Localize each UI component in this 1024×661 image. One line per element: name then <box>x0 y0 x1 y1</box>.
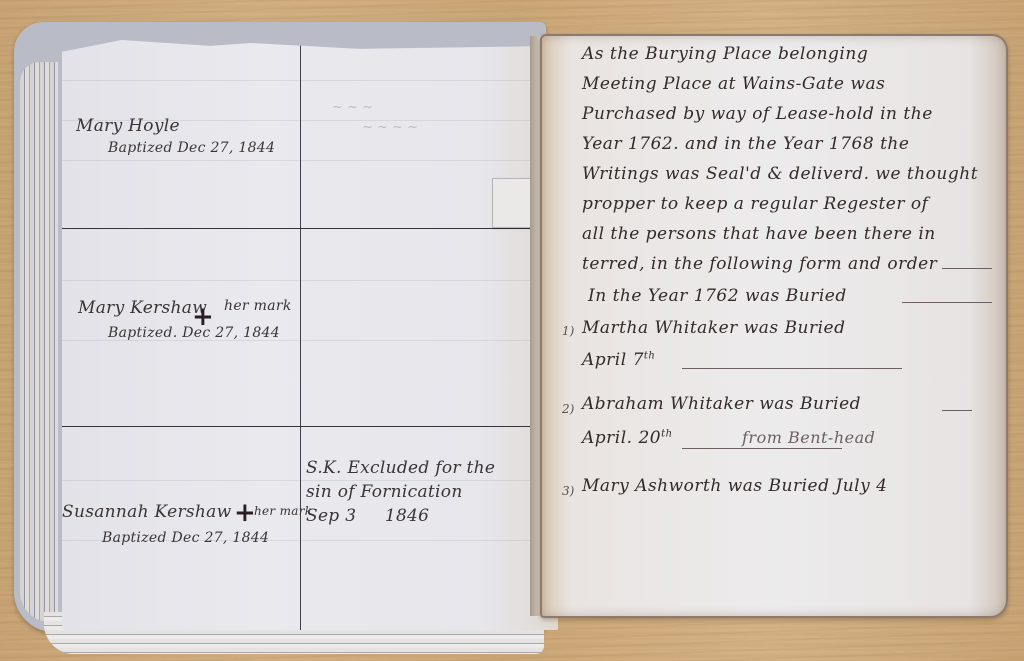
cross-mark-icon: + <box>234 498 256 528</box>
entry-mark-label: her mark <box>224 298 292 314</box>
burial-date: April. 20th <box>582 428 673 448</box>
preamble-line: As the Burying Place belonging <box>582 44 868 64</box>
exclusion-note-line: S.K. Excluded for the <box>306 458 495 478</box>
entry-mark-label: her mark <box>254 504 312 518</box>
preamble-line: all the persons that have been there in <box>582 224 936 244</box>
entry-name: Susannah Kershaw <box>62 502 231 522</box>
burial-number: 2) <box>562 402 574 416</box>
ordinal-suffix: th <box>661 428 672 439</box>
faint-rule <box>62 280 558 281</box>
pen-stroke <box>942 268 992 269</box>
preamble-line: Year 1762. and in the Year 1768 the <box>582 134 909 154</box>
pen-stroke <box>682 448 842 449</box>
preamble-line: Meeting Place at Wains-Gate was <box>582 74 885 94</box>
faint-rule <box>62 80 558 81</box>
burial-line: Abraham Whitaker was Buried <box>582 394 861 414</box>
exclusion-note-line: Sep 3 1846 <box>306 506 429 526</box>
left-page-edges <box>20 62 58 622</box>
entry-detail: Baptized Dec 27, 1844 <box>108 140 275 156</box>
entry-name: Mary Hoyle <box>76 116 180 136</box>
left-page: ~ ~ ~ ~ ~ ~ ~ Mary Hoyle Baptized Dec 27… <box>62 40 558 630</box>
entry-name: Mary Kershaw <box>78 298 207 318</box>
preamble-line: Purchased by way of Lease-hold in the <box>582 104 933 124</box>
entry-detail: Baptized. Dec 27, 1844 <box>108 325 280 341</box>
right-page: As the Burying Place belonging Meeting P… <box>540 34 1008 618</box>
pen-stroke <box>682 368 902 369</box>
burial-line: Mary Ashworth was Buried July 4 <box>582 476 887 496</box>
burial-date: April 7th <box>582 350 655 370</box>
row-divider <box>62 426 558 427</box>
pen-stroke <box>902 302 992 303</box>
preamble-line: terred, in the following form and order <box>582 254 937 274</box>
bleed-through-text: ~ ~ ~ <box>332 100 373 115</box>
entry-detail: Baptized Dec 27, 1844 <box>102 530 269 546</box>
ordinal-suffix: th <box>644 350 655 361</box>
bleed-through-text: ~ ~ ~ ~ <box>362 120 418 135</box>
pen-stroke <box>942 410 972 411</box>
left-page-stack: ~ ~ ~ ~ ~ ~ ~ Mary Hoyle Baptized Dec 27… <box>14 22 546 632</box>
faint-rule <box>62 480 558 481</box>
preamble-line: propper to keep a regular Regester of <box>582 194 928 214</box>
exclusion-note-line: sin of Fornication <box>306 482 463 502</box>
preamble-line: Writings was Seal'd & deliverd. we thoug… <box>582 164 978 184</box>
faint-rule <box>62 160 558 161</box>
column-divider <box>300 40 301 630</box>
burial-number: 1) <box>562 324 574 338</box>
burial-line: Martha Whitaker was Buried <box>582 318 845 338</box>
burial-number: 3) <box>562 484 574 498</box>
row-divider <box>62 228 558 229</box>
section-heading: In the Year 1762 was Buried <box>588 286 847 306</box>
burial-date-text: April 7 <box>582 350 644 370</box>
burial-note: from Bent-head <box>742 428 875 447</box>
burial-date-text: April. 20 <box>582 428 661 448</box>
